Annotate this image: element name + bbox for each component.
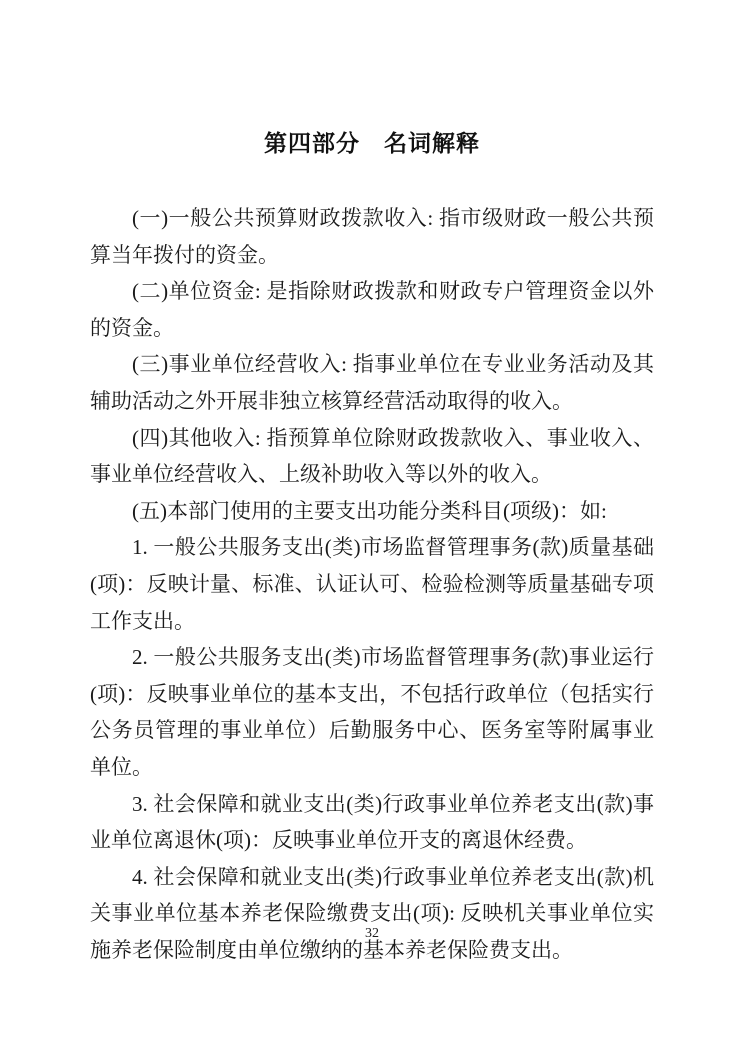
paragraph-other-income: (四)其他收入: 指预算单位除财政拨款收入、事业收入、事业单位经营收入、上级补助…: [90, 420, 654, 493]
page-title: 第四部分 名词解释: [0, 0, 744, 160]
page-number: 32: [0, 926, 744, 942]
document-body: (一)一般公共预算财政拨款收入: 指市级财政一般公共预算当年拨付的资金。 (二)…: [90, 200, 654, 968]
paragraph-unit-funds: (二)单位资金: 是指除财政拨款和财政专户管理资金以外的资金。: [90, 273, 654, 346]
paragraph-expense-classification-intro: (五)本部门使用的主要支出功能分类科目(项级)：如:: [90, 493, 654, 530]
paragraph-item-4-pension-contribution: 4. 社会保障和就业支出(类)行政事业单位养老支出(款)机关事业单位基本养老保险…: [90, 859, 654, 969]
paragraph-item-3-retirement: 3. 社会保障和就业支出(类)行政事业单位养老支出(款)事业单位离退休(项)：反…: [90, 786, 654, 859]
paragraph-item-2-institution-operation: 2. 一般公共服务支出(类)市场监督管理事务(款)事业运行(项)：反映事业单位的…: [90, 639, 654, 785]
paragraph-income-general-public-budget: (一)一般公共预算财政拨款收入: 指市级财政一般公共预算当年拨付的资金。: [90, 200, 654, 273]
document-page: 第四部分 名词解释 (一)一般公共预算财政拨款收入: 指市级财政一般公共预算当年…: [0, 0, 744, 1052]
paragraph-item-1-quality-basis: 1. 一般公共服务支出(类)市场监督管理事务(款)质量基础(项)：反映计量、标准…: [90, 529, 654, 639]
paragraph-operating-income: (三)事业单位经营收入: 指事业单位在专业业务活动及其辅助活动之外开展非独立核算…: [90, 346, 654, 419]
